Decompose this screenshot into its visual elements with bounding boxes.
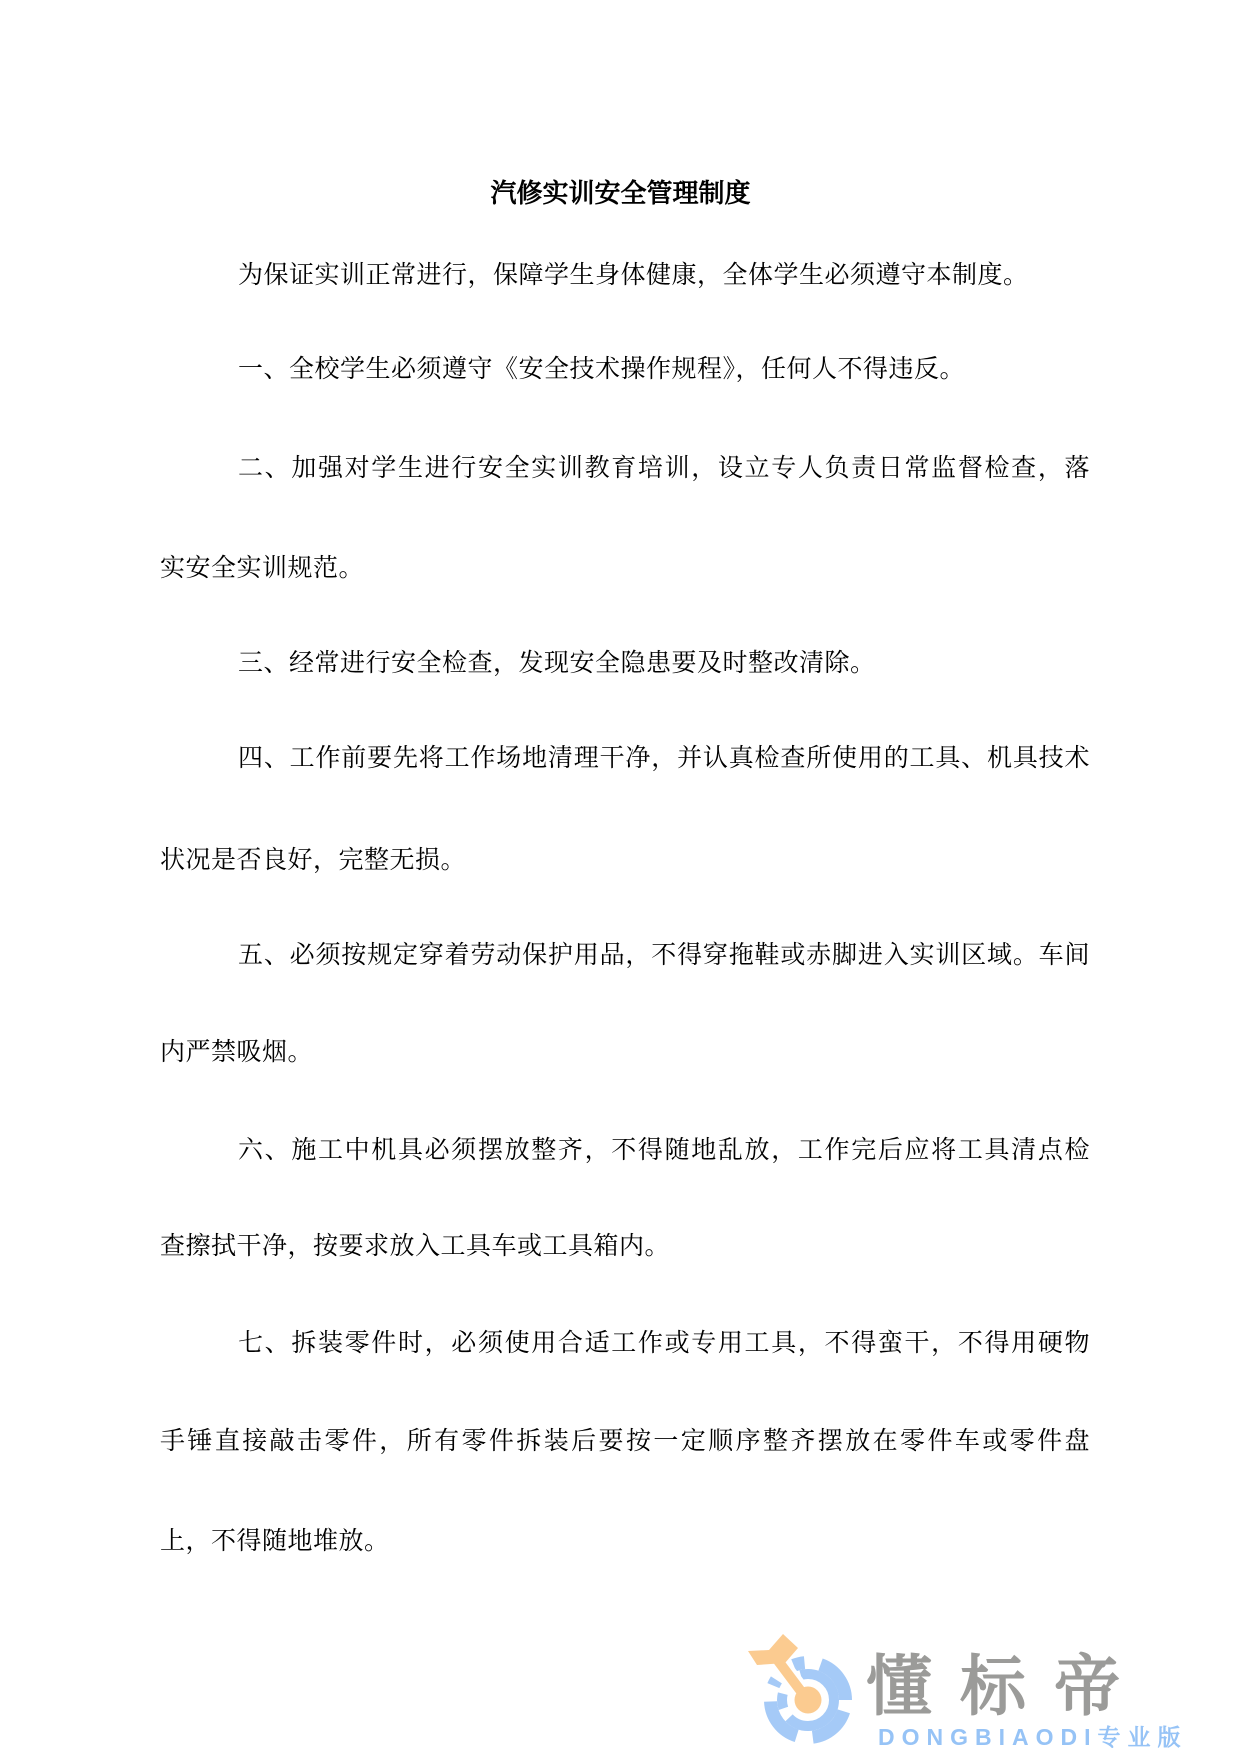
document-page: 汽修实训安全管理制度 为保证实训正常进行，保障学生身体健康，全体学生必须遵守本制… — [0, 0, 1241, 1754]
document-line: 四、工作前要先将工作场地清理干净，并认真检查所使用的工具、机具技术 — [160, 738, 1090, 778]
brand-name: 懂标帝 — [866, 1650, 1148, 1722]
document-line: 上，不得随地堆放。 — [160, 1521, 1090, 1561]
document-line: 实安全实训规范。 — [160, 548, 1090, 588]
document-line: 内严禁吸烟。 — [160, 1032, 1090, 1072]
document-line: 五、必须按规定穿着劳动保护用品，不得穿拖鞋或赤脚进入实训区域。车间 — [160, 935, 1090, 975]
document-line: 七、拆装零件时，必须使用合适工作或专用工具，不得蛮干，不得用硬物 — [160, 1323, 1090, 1363]
document-line: 状况是否良好，完整无损。 — [160, 840, 1090, 880]
document-line: 一、全校学生必须遵守《安全技术操作规程》，任何人不得违反。 — [160, 349, 1090, 389]
target-arrow-logo-icon — [745, 1628, 855, 1754]
document-line: 查擦拭干净，按要求放入工具车或工具箱内。 — [160, 1226, 1090, 1266]
document-line: 手锤直接敲击零件，所有零件拆装后要按一定顺序整齐摆放在零件车或零件盘 — [160, 1421, 1090, 1461]
brand-subtitle: DONGBIAODI专业版 — [878, 1724, 1188, 1750]
document-line: 为保证实训正常进行，保障学生身体健康，全体学生必须遵守本制度。 — [160, 255, 1090, 295]
document-line: 三、经常进行安全检查，发现安全隐患要及时整改清除。 — [160, 643, 1090, 683]
document-line: 二、加强对学生进行安全实训教育培训，设立专人负责日常监督检查，落 — [160, 448, 1090, 488]
document-line: 六、施工中机具必须摆放整齐，不得随地乱放，工作完后应将工具清点检 — [160, 1130, 1090, 1170]
document-title: 汽修实训安全管理制度 — [0, 173, 1241, 213]
